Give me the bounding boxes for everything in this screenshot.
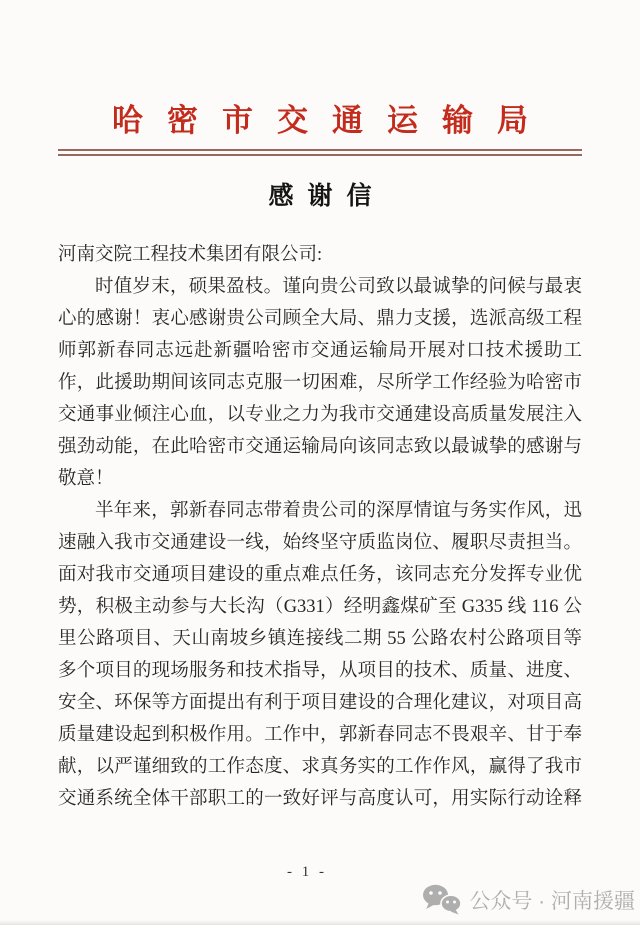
wechat-icon [422,884,462,915]
watermark: 公众号 · 河南援疆 [422,884,635,915]
body-line: 半年来，郭新春同志带着贵公司的深厚情谊与务实作风，迅 [58,495,582,527]
body-line: 势，积极主动参与大长沟（G331）经明鑫煤矿至 G335 线 116 公 [58,591,582,623]
body-line: 安全、环保等方面提出有利于项目建设的合理化建议，对项目高 [58,687,582,719]
body-line: 速融入我市交通建设一线，始终坚守质监岗位、履职尽责担当。 [58,527,582,559]
body-line: 交通事业倾注心血，以专业之力为我市交通建设高质量发展注入 [58,399,582,431]
salutation: 河南交院工程技术集团有限公司: [58,239,582,271]
letter-title: 感谢信 [0,176,640,212]
body-line: 作，此援助期间该同志克服一切困难，尽所学工作经验为哈密市 [58,367,582,399]
letterhead-double-rule [58,149,582,156]
body-line: 面对我市交通项目建设的重点难点任务，该同志充分发挥专业优 [58,559,582,591]
body-line: 里公路项目、天山南坡乡镇连接线二期 55 公路农村公路项目等 [58,623,582,655]
page-number: - 1 - [0,864,627,881]
body-line: 交通系统全体干部职工的一致好评与高度认可，用实际行动诠释 [58,783,582,815]
letter-body: 河南交院工程技术集团有限公司: 时值岁末，硕果盈枝。谨向贵公司致以最诚挚的问候与… [58,239,582,815]
body-line: 时值岁末，硕果盈枝。谨向贵公司致以最诚挚的问候与最衷 [58,271,582,303]
scanned-letter-page: 哈密市交通运输局 感谢信 河南交院工程技术集团有限公司: 时值岁末，硕果盈枝。谨… [0,0,640,925]
body-lines: 时值岁末，硕果盈枝。谨向贵公司致以最诚挚的问候与最衷心的感谢！衷心感谢贵公司顾全… [58,271,582,815]
body-line: 心的感谢！衷心感谢贵公司顾全大局、鼎力支援，选派高级工程 [58,303,582,335]
body-line: 强劲动能，在此哈密市交通运输局向该同志致以最诚挚的感谢与 [58,431,582,463]
letterhead-title: 哈密市交通运输局 [0,95,640,140]
body-line: 质量建设起到积极作用。工作中，郭新春同志不畏艰辛、甘于奉 [58,719,582,751]
body-line: 师郭新春同志远赴新疆哈密市交通运输局开展对口技术援助工 [58,335,582,367]
watermark-text: 公众号 · 河南援疆 [469,885,635,915]
body-line: 多个项目的现场服务和技术指导，从项目的技术、质量、进度、 [58,655,582,687]
scan-bottom-edge [0,920,640,925]
body-line: 献，以严谨细致的工作态度、求真务实的工作作风，赢得了我市 [58,751,582,783]
body-line: 敬意！ [58,463,582,495]
